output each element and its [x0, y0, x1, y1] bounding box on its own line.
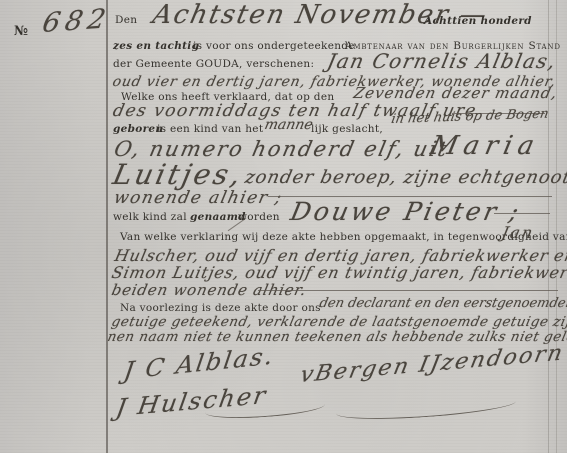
year-printed: Achttien honderd: [424, 15, 532, 27]
declarant-name-handwritten: Jan Cornelis Alblas,: [325, 49, 559, 73]
declared-day-handwritten: Zevenden dezer maand,: [352, 84, 559, 102]
closing-printed: Na voorlezing is deze akte door ons: [120, 302, 321, 314]
mother-residence-handwritten: wonende alhier ;: [112, 188, 285, 208]
filler-rule: [258, 290, 558, 291]
margin-divider-line: [106, 0, 108, 453]
mother-first-name-handwritten: Maria: [428, 131, 543, 161]
child-name-handwritten: Douwe Pieter ;: [288, 197, 524, 226]
closing-handwritten: den declarant en den eerstgenoemden: [318, 296, 567, 311]
signature-declarant: J C Alblas.: [122, 342, 277, 385]
act-number: 682: [40, 3, 113, 39]
filler-rule: [494, 213, 550, 214]
signature-registrar-flourish: [336, 392, 517, 424]
signature-registrar: vBergen IJzendoorn: [298, 341, 566, 388]
municipality-printed: der Gemeente GOUDA, verschenen:: [113, 58, 314, 70]
mother-surname-handwritten: Luitjes,: [110, 158, 246, 191]
sex-handwritten: manne: [263, 117, 314, 133]
witness1-first-name-handwritten: Jan: [500, 223, 536, 242]
year-suffix-printed: zes en tachtig: [113, 40, 199, 52]
act-number-symbol: №: [14, 24, 28, 39]
child-name-printed-a: welk kind zal: [113, 211, 187, 223]
scanned-birth-certificate: № 682 Den Achtsten November — Achttien h…: [0, 0, 567, 453]
child-name-printed-c: worden: [238, 211, 280, 223]
date-prefix-printed: Den: [115, 14, 137, 26]
closing2-handwritten: getuige geteekend, verklarende de laatst…: [110, 314, 567, 330]
witness2-details-handwritten: Simon Luitjes, oud vijf en twintig jaren…: [110, 263, 567, 282]
sex-suffix-printed: lijk geslacht,: [311, 123, 383, 135]
born-printed: geboren: [113, 123, 163, 135]
page-edge-line-2: [556, 0, 557, 453]
closing3-handwritten: nen naam niet te kunnen teekenen als heb…: [106, 329, 567, 345]
child-of-printed: is een kind van het: [157, 123, 263, 135]
mother-details-handwritten: zonder beroep, zijne echtgenoot,: [243, 167, 567, 188]
